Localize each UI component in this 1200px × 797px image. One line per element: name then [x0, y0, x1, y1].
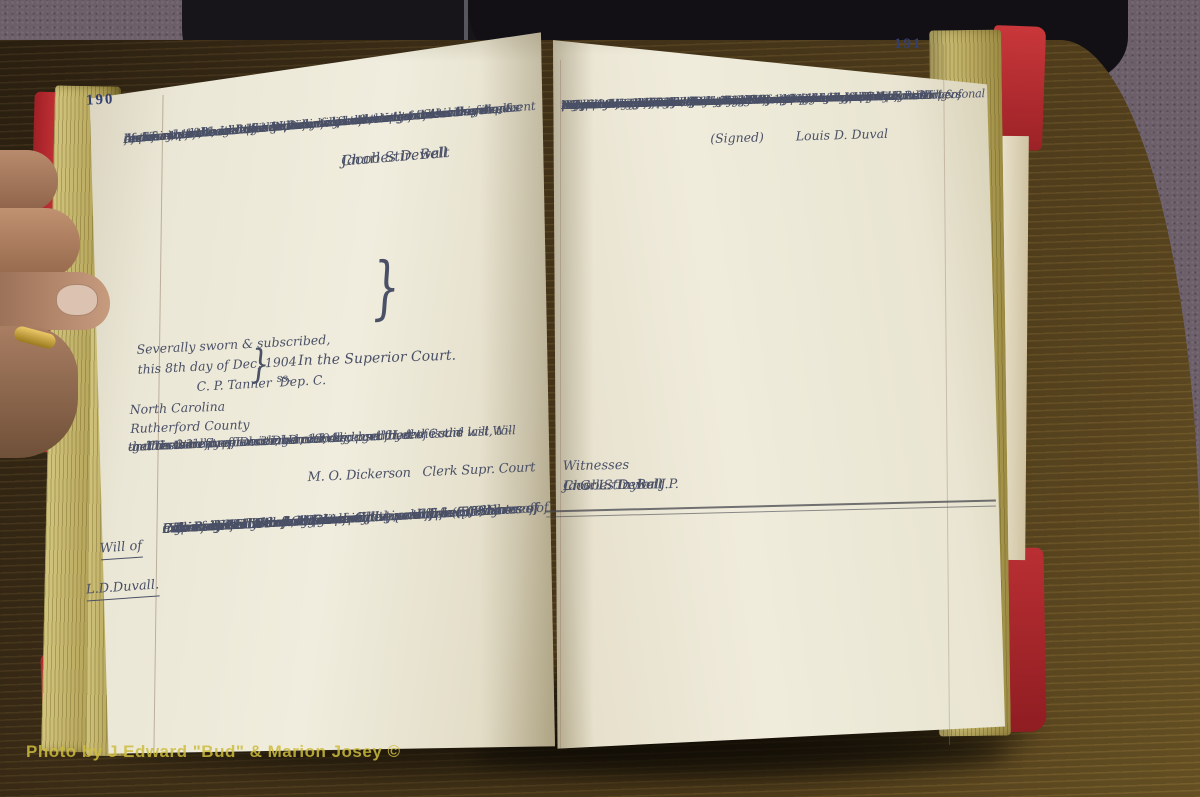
order-line: This 8th day of December, 1904. — [128, 429, 341, 457]
margin-note-line1: Will of — [99, 537, 143, 561]
court-heading: In the Superior Court. — [298, 347, 456, 371]
hand-finger — [0, 208, 80, 278]
page-number-190: 190 — [86, 91, 115, 109]
deposition-line: And further these deponents say say not. — [123, 111, 366, 150]
witness-heading: Witnesses — [563, 456, 630, 477]
witness-block: Witnesses Jacob StirewaltL. G. L. Taylor… — [562, 413, 864, 516]
venue-brace: } — [250, 352, 270, 377]
jurat-brace: } — [371, 273, 401, 305]
thumb-nail — [56, 284, 98, 316]
photographer-watermark: Photo by J Edward "Bud" & Marion Josey © — [26, 742, 401, 762]
venue-ss: ss. — [276, 368, 291, 388]
will-continuation-block: Louis and Roger Duval, including Patters… — [560, 50, 998, 150]
will-line: hand and seal this 2nd day of October 19… — [561, 90, 801, 114]
page-number-191: 191 — [894, 36, 923, 53]
witness-signature: Charles D. Bell — [563, 475, 662, 496]
probate-order: It is therefore considered and adjudged … — [126, 381, 566, 495]
photo-of-will-record-book: 190 and Testament, and this deponent did… — [0, 0, 1200, 797]
